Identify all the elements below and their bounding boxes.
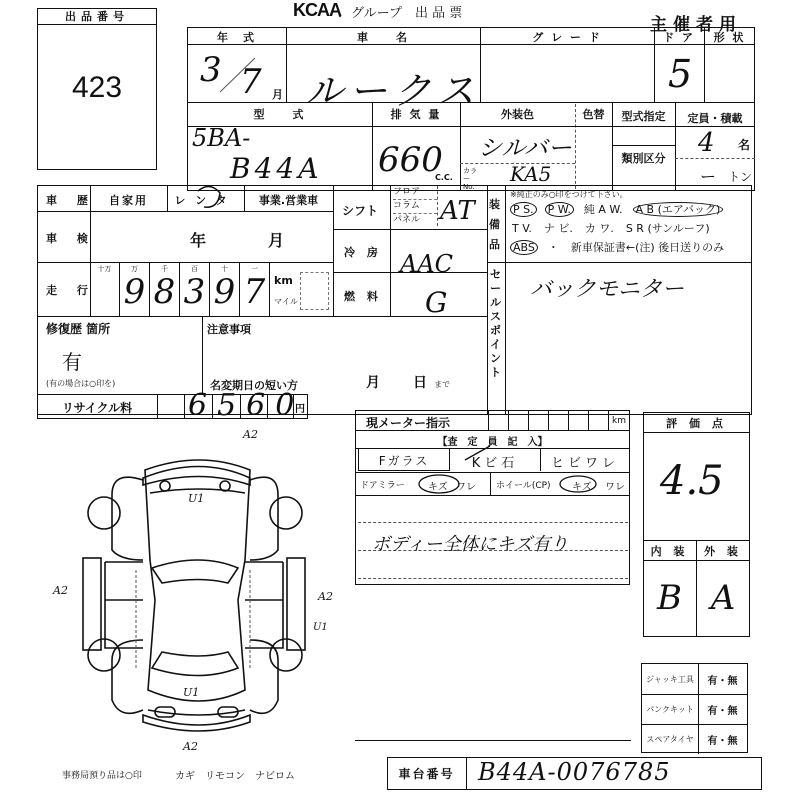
mark-front: A2 [243, 428, 258, 441]
fuel-value: G [425, 286, 447, 319]
displacement-unit: C.C. [435, 173, 453, 182]
tools-row-label: ジャッキ工具 [642, 664, 699, 694]
equipment-row: ABS・新車保証書←(注) 後日送りのみ [510, 238, 750, 257]
equipment-list: P S.P W.純 A W.A B (エアバック)T V.ナ ビ.カ ワ.S R… [510, 200, 750, 257]
capacity-label: 定員・積載 [675, 110, 755, 126]
brand-logo: KCAA [293, 0, 341, 21]
equipment-label: 装備品 [489, 195, 503, 255]
equipment-note: ※純正のみ○印をつけて下さい。 [510, 189, 628, 200]
repair-label: 修復歴 箇所 [46, 320, 110, 337]
meter-unit: km [612, 416, 626, 426]
mileage-unit-mile: マイル [274, 296, 298, 307]
equipment-item: A B (エアバック) [633, 202, 724, 217]
mark-rear-bumper: A2 [183, 740, 198, 753]
month-value: 7 [240, 62, 262, 102]
shift-label: シフト [342, 202, 378, 219]
mileage-digit-cell: 十万 [90, 262, 120, 316]
model-value-2: B44A [230, 152, 322, 185]
body-label: 形 状 [704, 29, 755, 45]
lot-number: 423 [38, 71, 156, 105]
ac-label: 冷 房 [344, 244, 382, 260]
inspector-circle-marks [355, 440, 630, 500]
shift-option: コラム [393, 200, 437, 214]
mark-rear: U1 [183, 686, 199, 699]
equipment-row: T V.ナ ビ.カ ワ.S R (サンルーフ) [510, 219, 750, 238]
doors-value: 5 [668, 52, 692, 96]
bottom-box-edge [355, 740, 631, 741]
shift-value: AT [440, 196, 475, 226]
office-items-label: 事務局預り品は○印 [62, 768, 142, 781]
repair-note: (有の場合は○印を) [46, 378, 115, 389]
exterior-label: 外 装 [696, 543, 750, 559]
office-item: リモコン [205, 771, 245, 782]
capacity-unit: 名 [738, 136, 750, 153]
office-item: カギ [175, 771, 195, 782]
inspection-month-unit: 月 [268, 228, 284, 251]
mileage-digit-value: 7 [240, 272, 269, 312]
rental-circle-mark [190, 183, 230, 213]
equipment-item: 新車保証書←(注) 後日送りのみ [569, 241, 726, 254]
doors-label: ド ア [654, 29, 704, 45]
mileage-digit-cell: 万9 [120, 262, 150, 316]
tools-row-value: 有・無 [698, 724, 747, 754]
equipment-item: P S. [510, 202, 537, 217]
model-label: 型 式 [187, 106, 372, 122]
tools-row-value: 有・無 [698, 664, 747, 694]
lot-label: 出品番号 [38, 9, 156, 25]
mileage-digit-cell: 千8 [150, 262, 180, 316]
mileage-digit-cell: 一7 [240, 262, 270, 316]
shift-option: フロア [393, 186, 437, 200]
recycle-unit: 円 [295, 400, 305, 415]
mileage-digits: 十万万9千8百3十9一7 [90, 262, 270, 316]
mileage-digit-value: 8 [150, 272, 179, 312]
history-option-private: 自家用 [90, 192, 167, 208]
equipment-item: カ ワ. [583, 222, 616, 235]
sales-point-value: バックモニター [530, 272, 684, 303]
equipment-item: T V. [510, 222, 534, 235]
office-item: ナビロム [255, 771, 295, 782]
name-change-day-unit: 日 [413, 372, 427, 392]
color-change-label: 色替 [575, 106, 612, 122]
equipment-item: ・ [546, 241, 561, 254]
inspection-year-unit: 年 [190, 228, 206, 251]
inspector-note-1: ボディー全体にキズ有り [372, 530, 568, 556]
mile-checkbox[interactable] [300, 272, 329, 310]
office-items: カギリモコンナビロム [175, 767, 305, 782]
mileage-digit-label: 十万 [90, 264, 119, 274]
interior-value: B [643, 578, 696, 618]
capacity-value: 4 [698, 128, 715, 158]
equipment-row: P S.P W.純 A W.A B (エアバック) [510, 200, 750, 219]
mileage-digit-value: 9 [210, 272, 239, 312]
type-designation-label: 型式指定 [612, 108, 675, 124]
equipment-item: 純 A W. [582, 203, 625, 216]
tools-row: スペアタイヤ有・無 [642, 724, 747, 754]
form-title: ．グループ 出 品 票 [338, 2, 462, 21]
score-label: 評 価 点 [643, 415, 750, 431]
ac-value: AAC [400, 250, 453, 278]
mark-right-u: U1 [313, 622, 328, 633]
name-change-month-unit: 月 [366, 372, 380, 392]
shift-option: パネル [393, 214, 437, 227]
repair-value: 有 [62, 346, 82, 375]
score-value: 4.5 [660, 458, 724, 504]
tools-table: ジャッキ工具有・無パンクキット有・無スペアタイヤ有・無 [641, 663, 748, 753]
grade-label: グ レ ー ド [480, 29, 654, 45]
inspection-label: 車 検 [46, 230, 96, 246]
meter-label: 現メーター指示 [366, 414, 450, 431]
mark-right: A2 [318, 590, 333, 603]
history-label: 車 歴 [46, 192, 96, 208]
color-no-value: KA5 [510, 162, 551, 186]
category-label: 類別区分 [612, 150, 675, 166]
exterior-color-value: シルバー [478, 128, 572, 163]
history-option-business: 事業.営業車 [244, 192, 333, 208]
mark-left: A2 [53, 584, 68, 597]
equipment-item: P W. [545, 202, 574, 217]
car-damage-diagram [80, 440, 340, 740]
tools-row-value: 有・無 [698, 694, 747, 724]
displacement-value: 660 [378, 140, 443, 180]
year-label: 年 式 [187, 29, 286, 45]
equipment-item: ナ ビ. [542, 222, 575, 235]
chassis-value: B44A-0076785 [478, 758, 671, 786]
interior-label: 内 装 [643, 543, 696, 559]
year-value: 3 [200, 50, 222, 90]
exterior-color-label: 外装色 [460, 106, 575, 122]
recycle-value: 6560 [188, 388, 304, 423]
equipment-item: S R (サンルーフ) [624, 222, 712, 235]
shift-options: フロアコラムパネル [393, 186, 437, 227]
mark-hood: U1 [188, 492, 204, 505]
tools-row-label: スペアタイヤ [642, 724, 699, 754]
tools-row-label: パンクキット [642, 694, 699, 724]
mileage-digit-value: 3 [180, 272, 209, 312]
name-change-until: まで [434, 379, 450, 390]
mileage-unit-km: km [274, 274, 293, 287]
mileage-digit-cell: 十9 [210, 262, 240, 316]
tools-row: ジャッキ工具有・無 [642, 664, 747, 695]
load-value: ー [700, 164, 716, 187]
tools-row: パンクキット有・無 [642, 694, 747, 725]
mileage-digit-cell: 百3 [180, 262, 210, 316]
recycle-label: リサイクル料 [37, 399, 157, 416]
fuel-label: 燃 料 [344, 288, 382, 304]
load-unit: トン [728, 168, 752, 185]
lot-box: 出品番号 423 [37, 8, 157, 170]
equipment-item: ABS [510, 240, 538, 255]
month-unit: 月 [272, 86, 283, 102]
caution-label: 注意事項 [207, 321, 251, 337]
mileage-label: 走 行 [46, 282, 96, 298]
exterior-value: A [696, 578, 750, 618]
mileage-digit-value: 9 [120, 272, 149, 312]
displacement-label: 排 気 量 [372, 106, 460, 122]
chassis-label: 車台番号 [387, 765, 466, 782]
sales-point-label: セールスポイント [490, 268, 502, 380]
name-label: 車 名 [286, 29, 480, 45]
model-value-1: 5BA- [192, 124, 250, 152]
